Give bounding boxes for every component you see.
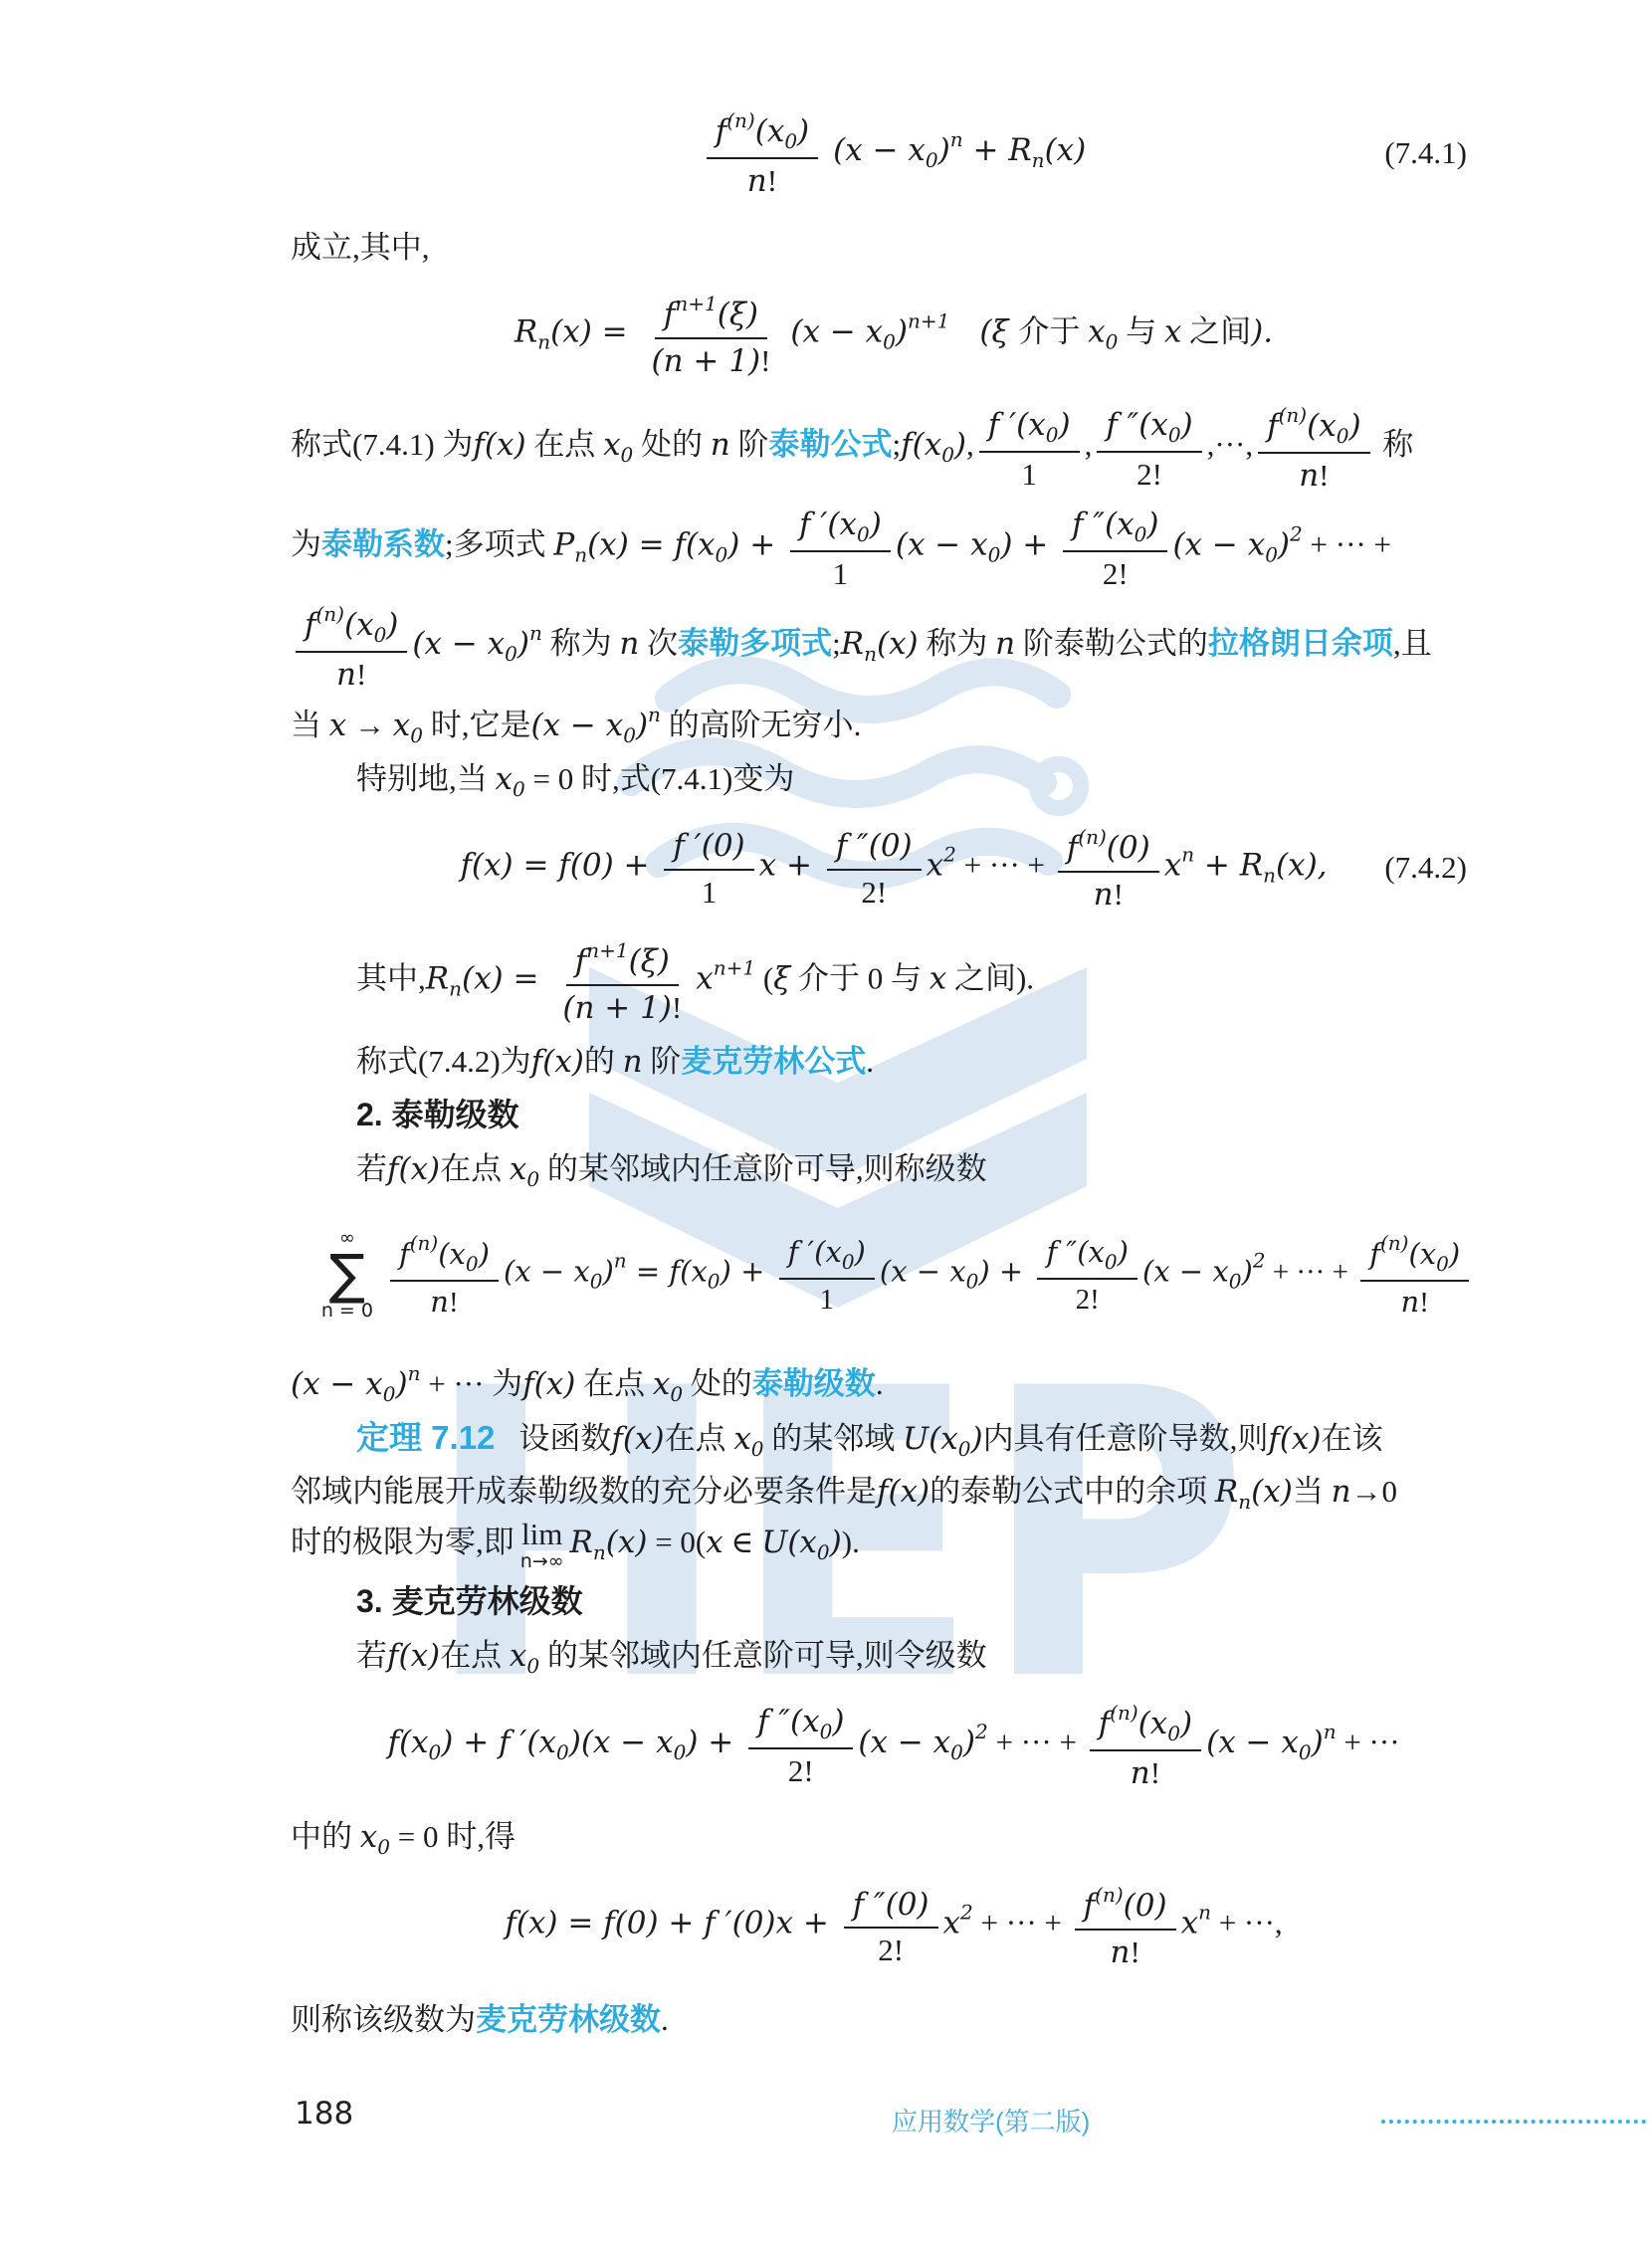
fraction-denominator: n!	[1290, 454, 1338, 495]
math-run: f	[305, 607, 315, 643]
keyword-highlight: 泰勒多项式	[678, 626, 832, 661]
theorem-label: 定理 7.12	[356, 1419, 495, 1456]
subscript: 0	[1229, 1270, 1242, 1294]
math-run: f(x)	[611, 1421, 664, 1457]
math-run: (x	[438, 1237, 466, 1271]
fraction-numerator: f(n)(0)	[1075, 1881, 1176, 1931]
math-run: P	[553, 526, 574, 562]
math-run: f	[1084, 1888, 1095, 1924]
text-run: + ··· +	[956, 847, 1053, 882]
formula-run: 定理 7.12设函数f(x)在点 x0 的某邻域 U(x0)内具有任意阶导数,则…	[356, 1412, 1382, 1461]
text-run: 的某邻域内任意阶可导,则称级数	[539, 1151, 987, 1186]
subscript: 0	[466, 1252, 479, 1276]
text-run: !	[1319, 458, 1329, 493]
text-run: 阶	[643, 1044, 682, 1079]
subscript: 0	[966, 1270, 979, 1294]
math-run: (x)	[1045, 132, 1087, 168]
subscript: 0	[674, 1739, 687, 1763]
subscript: 0	[526, 1167, 539, 1191]
math-run: n	[619, 626, 639, 662]
math-run: f(x)	[522, 1366, 575, 1402]
math-run: f(x)	[387, 1638, 440, 1674]
text-run: 与	[1118, 313, 1164, 348]
display-formula: f(x) = f(0) + f ′(0)1x + f ″(0)2!x2 + ··…	[291, 804, 1497, 931]
fraction: fn+1(ξ)(n + 1)!	[553, 936, 691, 1026]
text-run: 2!	[1076, 1284, 1100, 1316]
fraction: f ″(x0)2!	[1097, 404, 1201, 493]
math-run: f	[1099, 1706, 1110, 1741]
math-run: (x − x	[530, 708, 623, 743]
text-run: 之间	[1181, 313, 1251, 348]
math-run: f(x)	[1268, 1421, 1321, 1457]
math-run: )	[954, 427, 966, 463]
footer-book-title: 应用数学(第二版)	[892, 2102, 1090, 2139]
text-run: 若	[356, 1638, 387, 1673]
subscript: n	[864, 642, 877, 666]
text-run: 介于 0 与	[790, 960, 929, 995]
text-line: 成立,其中,	[291, 217, 1497, 271]
math-run: x	[510, 1638, 526, 1674]
text-run: 时的极限为零,即	[291, 1525, 515, 1559]
formula-run: 若f(x)在点 x0 的某邻域内任意阶可导,则称级数	[356, 1143, 987, 1191]
subscript: 0	[590, 1270, 603, 1294]
superscript: (n)	[1110, 1701, 1138, 1725]
math-run: (x)	[1251, 1474, 1293, 1510]
text-run: →	[346, 708, 393, 742]
text-run: 介于	[1018, 313, 1088, 348]
text-run: 的泰勒公式中的余项	[929, 1474, 1215, 1509]
math-run: R	[515, 313, 537, 349]
math-run: R	[570, 1525, 593, 1560]
text-run: 则称该级数为	[291, 2002, 476, 2037]
math-run: f(x) = f(0) + f ′(0)x +	[505, 1906, 838, 1941]
superscript: n	[529, 621, 542, 645]
text-line: 当 x → x0 时,它是(x − x0)n 的高阶无穷小.	[291, 697, 1497, 750]
text-run: 次	[639, 626, 678, 661]
math-run: )	[832, 1704, 844, 1739]
math-run: U(x	[903, 1421, 958, 1457]
fraction-denominator: n!	[738, 159, 786, 200]
math-run: n	[1094, 877, 1114, 913]
formula-run: 称式(7.4.1) 为f(x) 在点 x0 处的 n 阶泰勒公式;f(x0),f…	[291, 401, 1413, 495]
fraction: f(n)(x0)n!	[1258, 401, 1369, 495]
math-run: x	[603, 427, 620, 463]
fraction-numerator: f(n)(x0)	[1258, 401, 1369, 454]
superscript: 2	[1290, 521, 1303, 545]
text-line: 特别地,当 x0 = 0 时,式(7.4.1)变为	[291, 750, 1497, 804]
text-run: 2!	[878, 1933, 904, 1967]
fraction-numerator: f(n)(x0)	[390, 1229, 499, 1282]
math-run: f	[716, 113, 726, 149]
math-run: f ′(0)	[673, 828, 744, 864]
subscript: 0	[1046, 423, 1059, 447]
math-run: )	[1180, 1706, 1192, 1741]
math-run: )	[896, 313, 908, 349]
math-run: )	[1118, 1235, 1129, 1269]
formula-run: 其中,Rn(x) = fn+1(ξ)(n + 1)!xn+1 (ξ 介于 0 与…	[356, 936, 1034, 1026]
text-run: 时,它是	[423, 708, 531, 742]
fraction: f(n)(x0)n!	[390, 1229, 499, 1320]
subscript: 0	[556, 1739, 569, 1763]
math-run: n	[1401, 1285, 1420, 1319]
subscript: 0	[429, 1739, 442, 1763]
subscript: 0	[1135, 522, 1147, 546]
text-run: !	[672, 990, 682, 1025]
fraction-numerator: f ″(0)	[844, 1884, 938, 1930]
text-run: 当	[1293, 1474, 1332, 1509]
subscript: 0	[513, 777, 525, 801]
text-run: 处的	[683, 1366, 752, 1401]
formula-run: 邻域内能展开成泰勒级数的充分必要条件是f(x)的泰勒公式中的余项 Rn(x)当 …	[291, 1466, 1397, 1514]
superscript: n	[950, 127, 963, 151]
math-run: = f(x	[627, 1255, 708, 1289]
limit-text: lim	[521, 1519, 562, 1549]
math-run: f(x	[901, 427, 941, 463]
math-run: n	[1131, 1755, 1150, 1791]
fraction-denominator: 1	[824, 552, 858, 592]
subscript: 0	[950, 1739, 963, 1763]
equation-number: (7.4.1)	[1384, 135, 1467, 171]
math-run: f(x) = f(0) +	[460, 847, 659, 883]
subscript: 0	[751, 1437, 764, 1461]
math-run: f ″(x	[757, 1704, 819, 1739]
fraction: f ″(x0)2!	[1063, 504, 1167, 592]
text-run: + ··· +	[988, 1724, 1085, 1758]
section-heading: 3. 麦克劳林级数	[291, 1571, 1497, 1627]
fraction-numerator: f(n)(x0)	[707, 106, 818, 159]
limit-subscript: n→∞	[520, 1552, 564, 1571]
text-run: 内具有任意阶导数,则	[983, 1421, 1269, 1456]
math-run: )	[1449, 1237, 1460, 1271]
text-run: 2!	[861, 875, 887, 910]
text-run: !	[1114, 877, 1124, 912]
math-run: x	[329, 708, 346, 743]
text-run: 称式(7.4.1) 为	[291, 427, 473, 462]
math-run: f ″(0)	[853, 1887, 929, 1923]
superscript: n	[1198, 1901, 1211, 1925]
math-run: R	[841, 626, 864, 662]
math-run: U(x	[761, 1525, 817, 1560]
fraction-denominator: 1	[810, 1280, 843, 1317]
math-run: (x − x	[790, 313, 883, 349]
fraction-numerator: f(n)(x0)	[296, 600, 407, 653]
math-run: f	[575, 943, 586, 979]
math-run: x	[733, 1421, 750, 1457]
text-line: 中的 x0 = 0 时,得	[291, 1808, 1497, 1862]
math-run: (ξ	[979, 313, 1018, 349]
math-run: )	[395, 1366, 407, 1402]
fraction-numerator: f ′(x0)	[790, 504, 891, 552]
math-run: x	[943, 1906, 960, 1941]
math-run: x	[1164, 313, 1181, 349]
math-run: n	[1332, 1474, 1351, 1510]
math-run: ) +	[978, 1255, 1032, 1289]
math-run: R	[426, 960, 449, 996]
text-run: 在点	[526, 427, 604, 462]
text-run: 成立,其中,	[291, 230, 430, 265]
text-run: ,且	[1393, 626, 1432, 661]
subscript: 0	[1299, 1739, 1312, 1763]
sum-lower-limit: n = 0	[321, 1302, 373, 1321]
keyword-highlight: 泰勒系数	[321, 526, 445, 561]
text-run: + ···	[1337, 1724, 1400, 1758]
math-run: n	[623, 1044, 643, 1080]
math-run: (x − x	[1206, 1724, 1299, 1759]
fraction-denominator: n!	[421, 1282, 467, 1320]
math-run: (x)	[606, 1525, 648, 1560]
text-run: 的	[584, 1044, 623, 1079]
math-run: x	[393, 708, 410, 743]
superscript: n+1	[586, 938, 628, 962]
math-run: )	[1058, 407, 1070, 443]
math-run: R	[1215, 1474, 1238, 1510]
text-run: 的某邻域	[764, 1421, 904, 1456]
limit-operator: limn→∞	[520, 1519, 564, 1571]
math-run: )	[963, 1724, 975, 1759]
math-run: )	[830, 1525, 842, 1560]
formula-run: 特别地,当 x0 = 0 时,式(7.4.1)变为	[356, 753, 794, 801]
text-run: ;	[893, 427, 902, 462]
text-run: 若	[356, 1151, 387, 1186]
fraction-numerator: f(n)(x0)	[1360, 1229, 1469, 1282]
math-run: )	[855, 1235, 866, 1269]
math-run: n	[1299, 458, 1319, 494]
text-line: 若f(x)在点 x0 的某邻域内任意阶可导,则令级数	[291, 1627, 1497, 1681]
math-run: f ″(0)	[836, 828, 913, 864]
fraction-denominator: 2!	[1128, 453, 1171, 493]
math-run: (0)	[1124, 1888, 1167, 1924]
sigma-icon: ∑	[329, 1248, 365, 1302]
math-run: )	[636, 708, 648, 743]
math-run: (n + 1)	[562, 990, 672, 1026]
subscript: 0	[958, 1437, 971, 1461]
text-run: !	[767, 163, 777, 198]
fraction: f(n)(0)n!	[1058, 823, 1159, 913]
subscript: 0	[623, 723, 636, 747]
math-run: (x)	[877, 626, 919, 662]
math-run: )	[938, 132, 950, 168]
math-run: ).	[1251, 313, 1273, 349]
math-run: ξ	[773, 960, 790, 996]
math-run: (x	[1408, 1237, 1436, 1271]
fraction: f(n)(x0)n!	[707, 106, 818, 200]
text-run: .	[866, 1044, 874, 1079]
math-run: )	[1312, 1724, 1324, 1759]
text-run: 在点	[440, 1151, 510, 1186]
superscript: n+1	[714, 955, 755, 979]
subscript: n	[449, 976, 462, 1000]
superscript: (n)	[1078, 825, 1107, 849]
fraction: f ′(x0)1	[790, 504, 891, 592]
math-run: (x	[1307, 408, 1337, 444]
formula-run: ∞∑n = 0f(n)(x0)n!(x − x0)n = f(x0) + f ′…	[313, 1229, 1474, 1321]
formula-run: f(x) = f(0) + f ′(0)1x + f ″(0)2!x2 + ··…	[460, 823, 1327, 913]
subscript: 0	[526, 1654, 539, 1678]
subscript: 0	[988, 542, 1001, 566]
superscript: n	[1324, 1719, 1337, 1742]
formula-run: 时的极限为零,即limn→∞Rn(x) = 0(x ∈ U(x0)).	[291, 1517, 860, 1571]
text-run: 2!	[788, 1753, 814, 1788]
math-run: x	[706, 1525, 723, 1560]
math-run: )	[479, 1237, 490, 1271]
text-run: 称	[1375, 427, 1414, 462]
sum-operator: ∞∑n = 0	[321, 1229, 373, 1321]
display-formula: f(x0) + f ′(x0)(x − x0) + f ″(x0)2!(x − …	[291, 1681, 1497, 1808]
fraction: f ″(x0)2!	[1037, 1233, 1137, 1317]
subscript: 0	[817, 1540, 830, 1564]
superscript: 2	[1253, 1249, 1266, 1273]
math-run: x	[696, 960, 713, 996]
math-run: x	[1088, 313, 1105, 349]
math-run: x	[927, 847, 943, 883]
keyword-highlight: 泰勒级数	[752, 1366, 876, 1401]
text-run: 阶泰勒公式的	[1015, 626, 1208, 661]
display-formula: ∞∑n = 0f(n)(x0)n!(x − x0)n = f(x0) + f ′…	[291, 1194, 1497, 1355]
superscript: n+1	[908, 308, 949, 332]
fraction: f(n)(x0)n!	[296, 600, 407, 694]
math-run: n	[430, 1285, 449, 1319]
math-run: (x − x	[858, 1724, 950, 1759]
fraction-numerator: fn+1(ξ)	[566, 936, 679, 986]
text-run: = 0 时,得	[390, 1819, 516, 1854]
formula-run: 当 x → x0 时,它是(x − x0)n 的高阶无穷小.	[291, 700, 861, 747]
text-run: 在该	[1321, 1421, 1382, 1456]
text-run: + ···,	[1211, 1906, 1283, 1940]
subscript: n	[1238, 1490, 1251, 1514]
math-run: x +	[759, 847, 822, 883]
subscript: 0	[1337, 424, 1349, 448]
text-run: (	[755, 960, 773, 995]
text-run: !	[1150, 1755, 1160, 1790]
subscript: n	[574, 542, 587, 566]
text-run: 1	[819, 1284, 834, 1316]
text-run: 处的	[633, 427, 711, 462]
math-run: ) +	[686, 1724, 743, 1759]
math-run: (x	[344, 607, 374, 643]
math-run: f ″(x	[1072, 507, 1134, 542]
math-run: x	[1164, 847, 1181, 883]
subscript: 0	[383, 1382, 396, 1406]
text-run: !	[1419, 1287, 1429, 1319]
text-line: (x − x0)n + ··· 为f(x) 在点 x0 处的泰勒级数.	[291, 1355, 1497, 1409]
math-run: f	[1267, 408, 1278, 444]
math-run: f(x)	[877, 1474, 929, 1510]
superscript: n	[1181, 842, 1194, 866]
math-run: f(x)	[531, 1044, 584, 1080]
math-run: (x − x	[412, 626, 505, 662]
fraction-denominator: n!	[1085, 873, 1133, 914]
subscript: 0	[926, 148, 938, 172]
fraction-numerator: f(n)(0)	[1058, 823, 1159, 873]
fraction-denominator: n!	[327, 653, 375, 694]
formula-run: f(n)(x0)n!(x − x0)n + Rn(x)	[702, 106, 1086, 200]
text-run: + ··· +	[1303, 526, 1391, 561]
math-run: x	[510, 1151, 526, 1187]
text-run: 称式(7.4.2)为	[356, 1044, 531, 1079]
math-run: f(x)	[387, 1151, 440, 1187]
fraction: f ′(0)1	[664, 825, 753, 910]
math-run: ) +	[727, 526, 785, 562]
math-run: )(x − x	[569, 1724, 674, 1759]
math-run: f	[1369, 1237, 1380, 1271]
text-run: + ··· 为	[420, 1366, 522, 1401]
formula-run: 为泰勒系数;多项式 Pn(x) = f(x0) + f ′(x0)1(x − x…	[291, 504, 1391, 592]
text-run: 其中,	[356, 960, 426, 995]
formula-run: 中的 x0 = 0 时,得	[291, 1811, 516, 1859]
text-run: 2!	[1136, 457, 1162, 492]
text-line: 其中,Rn(x) = fn+1(ξ)(n + 1)!xn+1 (ξ 介于 0 与…	[291, 931, 1497, 1031]
text-run: 称为	[542, 626, 620, 661]
superscript: n	[614, 1249, 627, 1273]
superscript: 2	[943, 842, 956, 866]
subscript: 0	[842, 1250, 855, 1274]
text-run: + ··· +	[1266, 1257, 1356, 1289]
text-run: .	[876, 1366, 884, 1401]
text-run: ;	[832, 626, 841, 661]
math-run: )	[1241, 1255, 1252, 1289]
text-run: .	[661, 2002, 669, 2037]
math-run: n	[336, 657, 356, 693]
fraction-numerator: fn+1(ξ)	[655, 290, 767, 339]
math-run: (x − x	[896, 526, 988, 562]
math-run: (x),	[1276, 847, 1328, 883]
text-run: 在点	[575, 1366, 653, 1401]
subscript: 0	[716, 542, 728, 566]
superscript: (n)	[1279, 403, 1308, 427]
fraction: f ′(x0)1	[779, 1233, 875, 1317]
math-run: f ′(x	[799, 507, 857, 542]
math-run: (x) =	[550, 313, 637, 349]
subscript: 0	[1265, 542, 1278, 566]
formula-run: f(x) = f(0) + f ′(0)x + f ″(0)2!x2 + ···…	[505, 1881, 1282, 1970]
fraction-numerator: f ′(0)	[664, 825, 753, 871]
text-run: !	[1130, 1935, 1139, 1969]
text-run: ).	[842, 1525, 860, 1559]
text-line: 邻域内能展开成泰勒级数的充分必要条件是f(x)的泰勒公式中的余项 Rn(x)当 …	[291, 1463, 1497, 1517]
math-run: f ′(x	[788, 1235, 842, 1269]
text-run: ;多项式	[445, 526, 553, 561]
math-run: f(x)	[473, 427, 525, 463]
fraction: f(n)(x0)n!	[1360, 1229, 1469, 1320]
subscript: 0	[410, 723, 423, 747]
math-run: x	[496, 761, 513, 797]
fraction-denominator: (n + 1)!	[553, 986, 691, 1027]
text-line: 时的极限为零,即limn→∞Rn(x) = 0(x ∈ U(x0)).	[291, 1517, 1497, 1571]
fraction-numerator: f ″(x0)	[1063, 504, 1167, 552]
formula-run: 成立,其中,	[291, 222, 430, 267]
math-run: f	[1067, 830, 1078, 866]
display-formula: f(x) = f(0) + f ′(0)x + f ″(0)2!x2 + ···…	[291, 1862, 1497, 1989]
math-run: )	[1146, 507, 1158, 542]
superscript: 2	[975, 1719, 988, 1742]
math-run: )	[1278, 526, 1290, 562]
subscript: n	[537, 329, 550, 353]
fraction-denominator: 1	[1012, 453, 1046, 493]
subscript: 0	[621, 443, 634, 467]
superscript: (n)	[1095, 1883, 1124, 1907]
fraction: fn+1(ξ)(n + 1)!	[643, 290, 780, 379]
math-run: (x − x	[1172, 526, 1265, 562]
text-run: ,···,	[1207, 427, 1253, 462]
fraction-denominator: 2!	[1094, 552, 1137, 592]
text-line: 称式(7.4.1) 为f(x) 在点 x0 处的 n 阶泰勒公式;f(x0),f…	[291, 398, 1497, 498]
keyword-highlight: 泰勒公式	[769, 427, 893, 462]
text-run: 中的	[291, 1819, 360, 1854]
text-run: 邻域内能展开成泰勒级数的充分必要条件是	[291, 1474, 877, 1509]
text-run: 1	[702, 875, 718, 910]
math-run: ) +	[721, 1255, 774, 1289]
text-run: !	[449, 1287, 459, 1319]
